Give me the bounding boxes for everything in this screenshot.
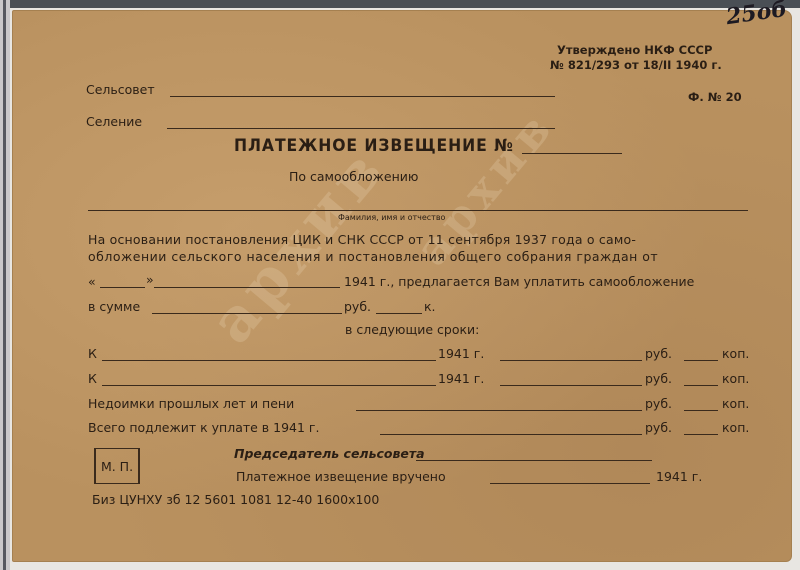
installment-2-prefix: К [88,371,97,386]
document-subtitle: По самообложению [289,169,418,184]
total-rub-label: руб. [645,420,672,435]
total-rub-field[interactable] [380,434,642,435]
delivered-year: 1941 г. [656,469,702,484]
seal-placeholder-label: М. П. [101,459,133,474]
scan-frame-left [0,0,10,570]
arrears-kop-label: коп. [722,396,749,411]
terms-heading: в следующие сроки: [345,322,479,337]
printer-imprint: Биз ЦУНХУ зб 12 5601 1081 12-40 1600х100 [92,492,379,507]
selsovet-label: Сельсовет [86,82,155,97]
installment-2-rub-field[interactable] [500,385,642,386]
installment-2-date-field[interactable] [102,385,436,386]
selsovet-field[interactable] [170,96,555,97]
installment-1-date-field[interactable] [102,360,436,361]
arrears-label: Недоимки прошлых лет и пени [88,396,294,411]
total-label: Всего подлежит к уплате в 1941 г. [88,420,319,435]
installment-1-year: 1941 г. [438,346,484,361]
installment-2-year: 1941 г. [438,371,484,386]
scan-frame-top [0,0,800,8]
total-kop-label: коп. [722,420,749,435]
meeting-day-field[interactable] [100,287,145,288]
taxpayer-name-field[interactable] [88,210,748,211]
selenie-label: Селение [86,114,142,129]
body-line-2: обложении сельского населения и постанов… [88,249,658,264]
installment-2-kop-field[interactable] [684,385,718,386]
sum-kop-label: к. [424,299,436,314]
seal-placeholder-box: М. П. [94,448,140,484]
delivered-date-field[interactable] [490,483,650,484]
selenie-field[interactable] [167,128,555,129]
open-quote: « [88,274,96,289]
chairman-signature-field[interactable] [416,460,652,461]
sum-rub-field[interactable] [152,313,342,314]
form-number: Ф. № 20 [688,90,742,104]
arrears-rub-field[interactable] [356,410,642,411]
installment-1-rub-label: руб. [645,346,672,361]
meeting-month-field[interactable] [154,287,340,288]
close-quote: » [146,272,154,287]
installment-2-rub-label: руб. [645,371,672,386]
installment-1-kop-field[interactable] [684,360,718,361]
sum-rub-label: руб. [344,299,371,314]
name-caption: Фамилия, имя и отчество [338,213,445,222]
body-line-1: На основании постановления ЦИК и СНК ССС… [88,232,636,247]
notice-number-field[interactable] [522,153,622,154]
body-line-3: 1941 г., предлагается Вам уплатить самоо… [344,274,694,289]
delivered-label: Платежное извещение вручено [236,469,446,484]
installment-1-kop-label: коп. [722,346,749,361]
document-title: ПЛАТЕЖНОЕ ИЗВЕЩЕНИЕ № [234,136,514,156]
sum-label: в сумме [88,299,140,314]
installment-1-prefix: К [88,346,97,361]
approval-line-2: № 821/293 от 18/II 1940 г. [550,58,722,72]
installment-2-kop-label: коп. [722,371,749,386]
approval-line-1: Утверждено НКФ СССР [557,43,712,57]
total-kop-field[interactable] [684,434,718,435]
chairman-label: Председатель сельсовета [234,446,425,461]
arrears-rub-label: руб. [645,396,672,411]
arrears-kop-field[interactable] [684,410,718,411]
sum-kop-field[interactable] [376,313,422,314]
installment-1-rub-field[interactable] [500,360,642,361]
